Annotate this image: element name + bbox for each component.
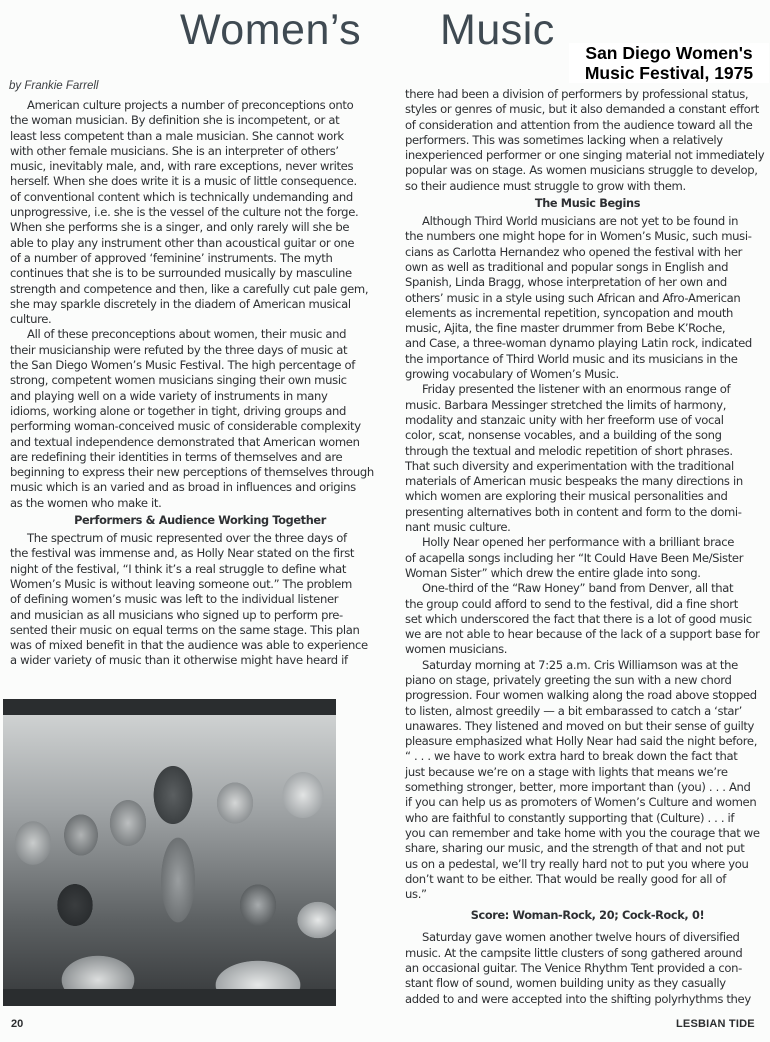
text-line: which women are exploring their musical … [405,489,770,504]
section-subhead: Performers & Audience Working Together [10,511,390,531]
text-line: so their audience must struggle to grow … [405,179,770,194]
text-line: share, sharing our music, and the streng… [405,841,770,856]
text-line: elements as incremental repetition, sync… [405,306,770,321]
text-line: was of mixed benefit in that the audienc… [10,638,390,653]
text-line: music which is an varied and as broad in… [10,480,390,495]
text-line: of conventional content which is technic… [10,190,390,205]
text-line: American culture projects a number of pr… [10,98,390,113]
text-line: materials of American music bespeaks the… [405,474,770,489]
text-line: don’t want to be either. That would be r… [405,872,770,887]
text-line: we are not able to hear because of the l… [405,627,770,642]
article-paragraph: Although Third World musicians are not y… [405,214,770,382]
text-line: One-third of the “Raw Honey” band from D… [405,581,770,596]
text-line: as the women who make it. [10,496,390,511]
text-line: their musicianship were refuted by the t… [10,343,390,358]
text-line: set which underscored the fact that ther… [405,612,770,627]
overlay-caption-line1: San Diego Women's [569,43,769,63]
text-line: the woman musician. By definition she is… [10,113,390,128]
text-line: you can remember and take home with you … [405,826,770,841]
text-line: When she performs she is a singer, and o… [10,220,390,235]
text-line: piano on stage, privately greeting the s… [405,673,770,688]
text-line: The spectrum of music represented over t… [10,531,390,546]
text-line: us on a pedestal, we’ll try really hard … [405,857,770,872]
text-line: through the textual and melodic repetiti… [405,444,770,459]
text-line: music. Barbara Messinger stretched the l… [405,398,770,413]
festival-audience-photo [3,699,336,1006]
byline: by Frankie Farrell [9,80,98,92]
text-line: Holly Near opened her performance with a… [405,535,770,550]
section-subhead: The Music Begins [405,194,770,214]
text-line: just because we’re on a stage with light… [405,765,770,780]
text-line: and musician as all musicians who signed… [10,608,390,623]
text-line: herself. When she does write it is a mus… [10,174,390,189]
text-line: a wider variety of music than it otherwi… [10,653,390,668]
text-line: women musicians. [405,642,770,657]
text-line: if you can help us as promoters of Women… [405,795,770,810]
text-line: able to play any instrument other than a… [10,236,390,251]
photo-image [3,715,336,989]
text-line: who are faithful to constantly supportin… [405,811,770,826]
text-line: she may sparkle discretely in the diadem… [10,297,390,312]
text-line: sented their music on equal terms on the… [10,623,390,638]
text-line: Women’s Music is without leaving someone… [10,577,390,592]
text-line: and Case, a three-woman dynamo playing L… [405,336,770,351]
text-line: pleasure emphasized what Holly Near had … [405,734,770,749]
text-line: inexperienced performer or one singing m… [405,148,770,163]
text-line: added to and were accepted into the shif… [405,992,770,1007]
publication-name: LESBIAN TIDE [676,1018,755,1030]
text-line: are redefining their identities in terms… [10,450,390,465]
page-number: 20 [11,1018,23,1030]
text-line: Saturday gave women another twelve hours… [405,930,770,945]
text-line: performing woman-conceived music of cons… [10,419,390,434]
text-line: stant flow of sound, women building unit… [405,976,770,991]
text-line: of acapella songs including her “It Coul… [405,551,770,566]
text-line: the San Diego Women’s Music Festival. Th… [10,358,390,373]
text-line: “ . . . we have to work extra hard to br… [405,749,770,764]
text-line: the numbers one might hope for in Women’… [405,229,770,244]
text-line: All of these preconceptions about women,… [10,327,390,342]
text-line: the importance of Third World music and … [405,352,770,367]
text-line: progression. Four women walking along th… [405,688,770,703]
article-paragraph: Friday presented the listener with an en… [405,382,770,535]
text-line: Woman Sister” which drew the entire glad… [405,566,770,581]
text-line: of consideration and attention from the … [405,118,770,133]
text-line: unawares. They listened and moved on but… [405,719,770,734]
text-line: cians as Carlotta Hernandez who opened t… [405,245,770,260]
text-line: unprogressive, i.e. she is the vessel of… [10,205,390,220]
text-line: styles or genres of music, but it also d… [405,102,770,117]
text-line: the group could afford to send to the fe… [405,597,770,612]
text-line: Friday presented the listener with an en… [405,382,770,397]
text-line: Spanish, Linda Bragg, whose interpretati… [405,275,770,290]
text-line: strong, competent women musicians singin… [10,373,390,388]
text-line: there had been a division of performers … [405,87,770,102]
text-line: continues that she is to be surrounded m… [10,266,390,281]
left-column: American culture projects a number of pr… [10,98,390,669]
article-paragraph: The spectrum of music represented over t… [10,531,390,669]
text-line: Although Third World musicians are not y… [405,214,770,229]
text-line: music, inevitably male, and, with rare e… [10,159,390,174]
text-line: with other female musicians. She is an i… [10,144,390,159]
text-line: of defining women’s music was left to th… [10,592,390,607]
article-paragraph: Saturday gave women another twelve hours… [405,930,770,1006]
text-line: an occasional guitar. The Venice Rhythm … [405,961,770,976]
right-column: there had been a division of performers … [405,87,770,1007]
text-line: performers. This was sometimes lacking w… [405,133,770,148]
text-line: of a number of approved ‘feminine’ instr… [10,251,390,266]
article-paragraph: Holly Near opened her performance with a… [405,535,770,581]
text-line: night of the festival, “I think it’s a r… [10,562,390,577]
overlay-caption: San Diego Women's Music Festival, 1975 [569,43,769,83]
text-line: the festival was immense and, as Holly N… [10,546,390,561]
text-line: to listen, almost greedily — a bit embar… [405,704,770,719]
article-paragraph: American culture projects a number of pr… [10,98,390,327]
text-line: least less competent than a male musicia… [10,129,390,144]
text-line: presenting alternatives both in content … [405,505,770,520]
text-line: culture. [10,312,390,327]
text-line: and textual independence demonstrated th… [10,435,390,450]
text-line: popular was on stage. As women musicians… [405,163,770,178]
text-line: modality and stanzaic unity with her fre… [405,413,770,428]
section-subhead: Score: Woman-Rock, 20; Cock-Rock, 0! [405,902,770,930]
text-line: something stronger, better, more importa… [405,780,770,795]
text-line: others’ music in a style using such Afri… [405,291,770,306]
text-line: nant music culture. [405,520,770,535]
article-title-part1: Women’s [180,6,361,55]
article-paragraph: Saturday morning at 7:25 a.m. Cris Willi… [405,658,770,903]
text-line: own as well as traditional and popular s… [405,260,770,275]
text-line: music, Ajita, the fine master drummer fr… [405,321,770,336]
text-line: That such diversity and experimentation … [405,459,770,474]
text-line: strength and competence and then, like a… [10,282,390,297]
text-line: Saturday morning at 7:25 a.m. Cris Willi… [405,658,770,673]
article-paragraph: there had been a division of performers … [405,87,770,194]
text-line: us.” [405,887,770,902]
text-line: idioms, working alone or together in tig… [10,404,390,419]
article-paragraph: One-third of the “Raw Honey” band from D… [405,581,770,657]
text-line: and playing well on a wide variety of in… [10,389,390,404]
text-line: music. At the campsite little clusters o… [405,946,770,961]
text-line: growing vocabulary of Women’s Music. [405,367,770,382]
text-line: color, scat, nonsense vocables, and a bu… [405,428,770,443]
overlay-caption-line2: Music Festival, 1975 [569,63,769,83]
article-title-part2: Music [440,6,555,55]
text-line: beginning to express their new perceptio… [10,465,390,480]
article-paragraph: All of these preconceptions about women,… [10,327,390,511]
